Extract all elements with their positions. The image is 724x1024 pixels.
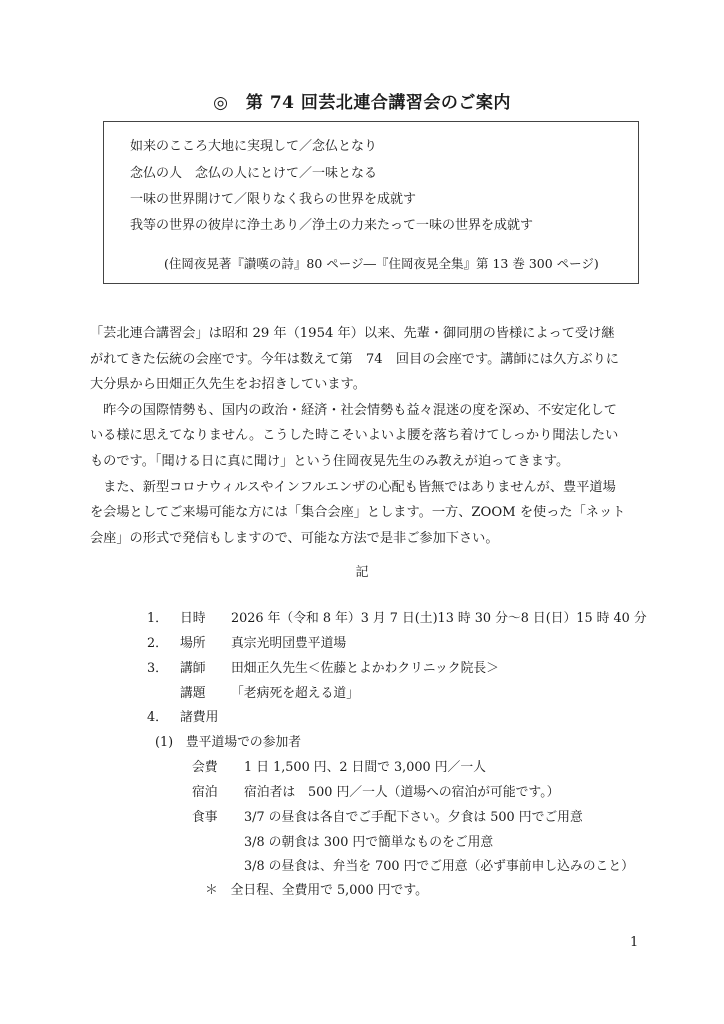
item-value: 田畑正久先生＜佐藤とよかわクリニック院長＞	[231, 657, 499, 676]
item-number: 1．	[147, 607, 168, 626]
item-label: 諸費用	[180, 706, 218, 725]
verse-line: 念仏の人 念仏の人にとけて／一味となる	[130, 162, 377, 181]
verse-source: (住岡夜晃著『讃嘆の詩』80 ページ―『住岡夜晃全集』第 13 巻 300 ペー…	[164, 254, 599, 272]
fee-value: 3/8 の朝食は 300 円で簡単なものをご用意	[244, 831, 493, 850]
item-label: 日時	[180, 607, 206, 626]
body-text: 「芸北連合講習会」は昭和 29 年（1954 年）以来、先輩・御同朋の皆様によっ…	[90, 321, 646, 551]
body-line: 会座」の形式で発信もしますので、可能な方法で是非ご参加下さい。	[90, 526, 646, 552]
page-title: ◎ 第 74 回芸北連合講習会のご案内	[0, 88, 724, 113]
fee-value: 1 日 1,500 円、2 日間で 3,000 円／一人	[244, 756, 486, 775]
verse-box: 如来のこころ大地に実現して／念仏となり 念仏の人 念仏の人にとけて／一味となる …	[103, 121, 639, 284]
verse-line: 一味の世界開けて／限りなく我らの世界を成就す	[130, 188, 416, 207]
body-line: いる様に思えてなりません。こうした時こそいよいよ腰を落ち着けてしっかり聞法したい	[90, 423, 646, 449]
body-line: 大分県から田畑正久先生をお招きしています。	[90, 372, 646, 398]
item-number: 2．	[147, 632, 168, 651]
item-value: 2026 年（令和 8 年）3 月 7 日(土)13 時 30 分～8 日(日）…	[231, 607, 647, 626]
verse-line: 如来のこころ大地に実現して／念仏となり	[130, 135, 377, 154]
item-number: 3．	[147, 657, 168, 676]
body-line: 「芸北連合講習会」は昭和 29 年（1954 年）以来、先輩・御同朋の皆様によっ…	[90, 321, 646, 347]
ki-heading: 記	[0, 561, 724, 580]
body-line: また、新型コロナウィルスやインフルエンザの心配も皆無ではありませんが、豊平道場	[90, 475, 646, 501]
fee-value: 3/7 の昼食は各自でご手配下さい。夕食は 500 円でご用意	[244, 806, 583, 825]
item-label: 場所	[180, 632, 206, 651]
page-number: 1	[630, 935, 638, 950]
fee-label: 宿泊	[192, 781, 218, 800]
item-value: 「老病死を超える道」	[231, 682, 359, 701]
body-line: 昨今の国際情勢も、国内の政治・経済・社会情勢も益々混迷の度を深め、不安定化して	[90, 398, 646, 424]
item-label: 講師	[180, 657, 206, 676]
fee-value: 宿泊者は 500 円／一人（道場への宿泊が可能です。）	[244, 781, 559, 800]
verse-line: 我等の世界の彼岸に浄土あり／浄土の力来たって一味の世界を成就す	[130, 214, 533, 233]
fees-note: ＊ 全日程、全費用で 5,000 円です。	[205, 879, 428, 898]
fee-label: 会費	[192, 756, 218, 775]
fee-value: 3/8 の昼食は、弁当を 700 円でご用意（必ず事前申し込みのこと）	[244, 855, 634, 874]
fees-heading: (1) 豊平道場での参加者	[155, 731, 301, 750]
fee-label: 食事	[192, 806, 218, 825]
item-value: 真宗光明団豊平道場	[231, 632, 346, 651]
body-line: を会場としてご来場可能な方には「集合会座」とします。一方、ZOOM を使った「ネ…	[90, 500, 646, 526]
body-line: がれてきた伝統の会座です。今年は数えて第 74 回目の会座です。講師には久方ぶり…	[90, 347, 646, 373]
body-line: ものです。「聞ける日に真に聞け」という住岡夜晃先生のみ教えが迫ってきます。	[90, 449, 646, 475]
item-label: 講題	[180, 682, 206, 701]
item-number: 4．	[147, 706, 168, 725]
